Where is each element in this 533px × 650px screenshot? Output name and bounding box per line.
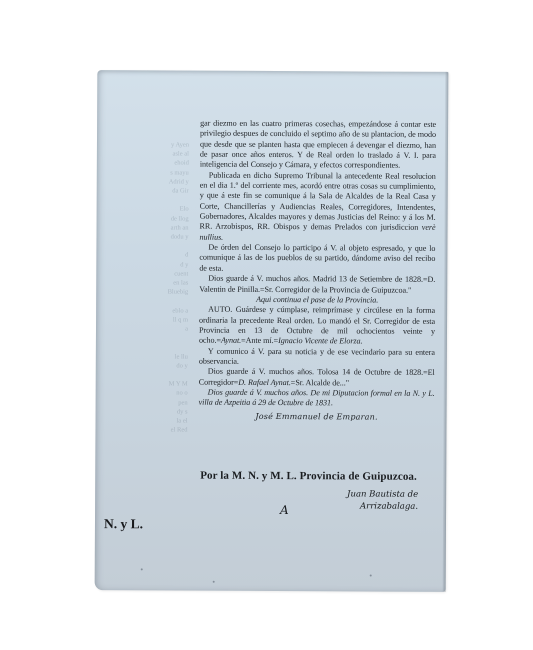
deputy-signature-line-1: Juan Bautista de: [298, 488, 418, 501]
paragraph-closing: Dios guarde á V. muchos años. De mi Dipu…: [199, 388, 435, 410]
bleed-through-line: ll q m: [108, 315, 188, 325]
bleed-through-line: la el: [108, 416, 188, 426]
secretary-signature: José Emmanuel de Emparan.: [199, 411, 435, 423]
bleed-through-line: le llu: [108, 352, 188, 362]
bleed-through-line: ehoid: [109, 159, 189, 169]
bleed-through-line: de llog: [109, 214, 189, 224]
province-heading: Por la M. N. y M. L. Provincia de Guipuz…: [200, 470, 440, 483]
paragraph-madrid-date: Dios guarde á V. muchos años. Madrid 13 …: [199, 274, 435, 296]
bleed-through-line: [108, 241, 188, 251]
bleed-through-line: pen: [108, 398, 188, 408]
bleed-through-line: no o: [108, 389, 188, 399]
bleed-through-line: y Ayen: [109, 140, 189, 150]
paper-speck: [370, 575, 372, 577]
deputy-signature-line-2: Arrizabalaga.: [298, 500, 418, 513]
bleed-through-line: d y: [108, 260, 188, 270]
footer-abbreviation: N. y L.: [104, 516, 143, 532]
bleed-through-line: dy s: [108, 407, 188, 417]
bleed-through-line: eblo a: [108, 306, 188, 316]
paper-speck: [213, 581, 215, 583]
paragraph-tolosa: Dios guarde á V. muchos años. Tolosa 14 …: [199, 367, 435, 389]
auto-elorza: Ignacio Vicente de Elorza.: [278, 336, 362, 345]
bleed-through-line: cuent: [108, 269, 188, 279]
document-page: y Ayenasle alehoids mayuAdrid yda Gir El…: [95, 70, 449, 592]
deputy-mark: A: [280, 503, 289, 517]
bleed-through-line: Elo: [109, 205, 189, 215]
bleed-through-line: Bluebig: [108, 287, 188, 297]
bleed-through-line: [109, 195, 189, 205]
paper-speck: [141, 568, 143, 570]
bleed-through-line: [108, 297, 188, 307]
paragraph-comunico: Y comunico á V. para su noticia y de ese…: [199, 346, 435, 368]
bleed-through-line: da Gir: [109, 186, 189, 196]
bleed-through-line: a: [108, 324, 188, 334]
bleed-through-line: s mayu: [109, 168, 189, 178]
bleed-through-line: M Y M: [108, 379, 188, 389]
paragraph-publicada-text: Publicada en dicho Supremo Tribunal la a…: [200, 170, 436, 232]
auto-aynat: Aynat.: [221, 336, 241, 345]
paragraph-diezmo: gar diezmo en las cuatro primeras cosech…: [200, 119, 436, 172]
deputy-signature: Juan Bautista de Arrizabalaga.: [298, 488, 418, 513]
bleed-through-line: [108, 343, 188, 353]
auto-ante-mi: =Ante mí.=: [241, 336, 278, 345]
bleed-through-text: y Ayenasle alehoids mayuAdrid yda Gir El…: [107, 140, 189, 470]
bleed-through-line: do y: [108, 361, 188, 371]
bleed-through-line: el Red: [107, 425, 187, 435]
paragraph-publicada: Publicada en dicho Supremo Tribunal la a…: [199, 170, 435, 244]
bleed-through-line: Adrid y: [109, 177, 189, 187]
tolosa-suffix: =Sr. Alcalde de...": [291, 378, 349, 387]
bleed-through-line: en las: [108, 278, 188, 288]
bleed-through-line: dodu y: [108, 232, 188, 242]
bleed-through-line: d: [108, 251, 188, 261]
bleed-through-line: [108, 333, 188, 343]
paragraph-auto: AUTO. Guárdese y cúmplase, reimprímase y…: [199, 305, 435, 348]
auto-lead: AUTO.: [208, 305, 232, 314]
bleed-through-line: asle al: [109, 149, 189, 159]
tolosa-aynat: D. Rafael Aynat.: [238, 377, 291, 386]
document-body: gar diezmo en las cuatro primeras cosech…: [199, 119, 437, 423]
paragraph-orden-consejo: De órden del Consejo lo participo á V. a…: [199, 243, 435, 275]
bleed-through-line: [108, 370, 188, 380]
bleed-through-line: arth an: [109, 223, 189, 233]
